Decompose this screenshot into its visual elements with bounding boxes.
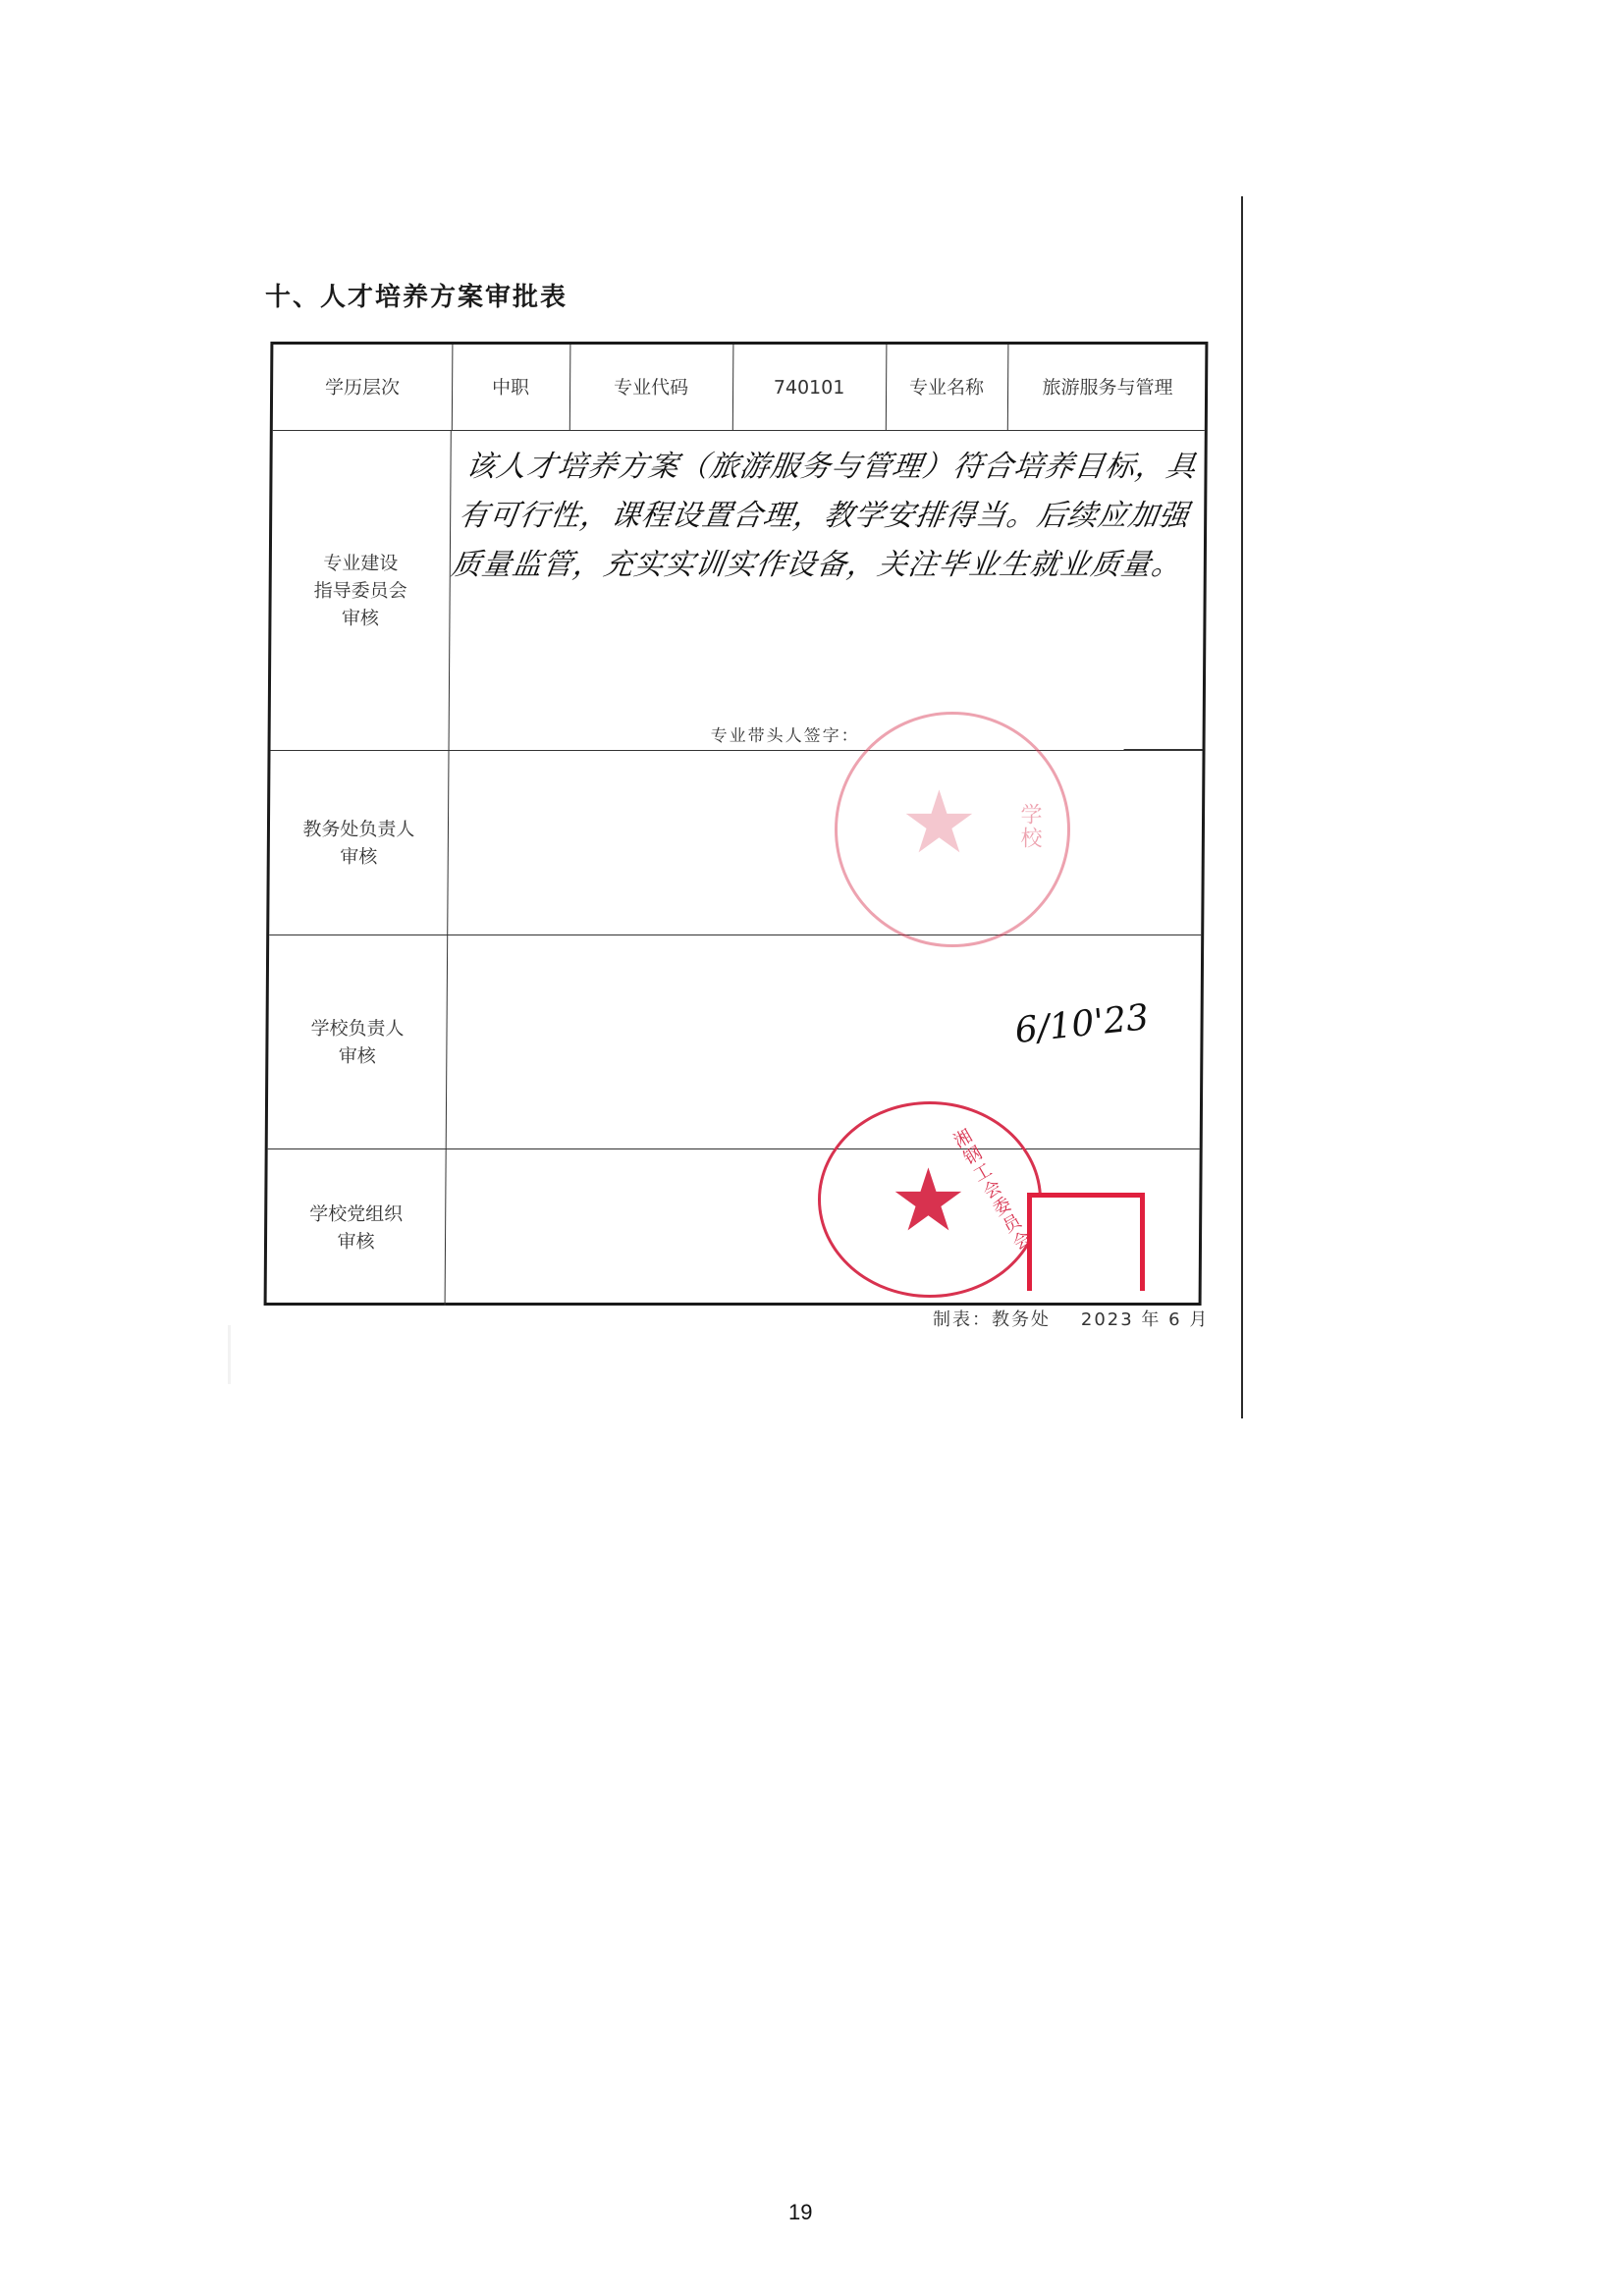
header-row: 学历层次 中职 专业代码 740101 专业名称 旅游服务与管理 xyxy=(273,345,1206,431)
section-title: 十、人才培养方案审批表 xyxy=(265,277,568,313)
page-number: 19 xyxy=(788,2200,812,2225)
education-level-value: 中职 xyxy=(452,345,570,430)
school-leader-review-label: 学校负责人 审核 xyxy=(268,935,449,1148)
handwritten-date: 6/10'23 xyxy=(1013,997,1151,1051)
signature-underline xyxy=(1124,749,1203,750)
scan-edge-shadow xyxy=(228,1325,231,1384)
school-leader-review-row: 学校负责人 审核 6/10'23 xyxy=(268,935,1202,1149)
major-code-value: 740101 xyxy=(732,345,887,430)
party-org-review-label: 学校党组织 审核 xyxy=(267,1149,447,1306)
form-date: 2023 年 6 月 xyxy=(1081,1309,1209,1330)
committee-review-label: 专业建设 指导委员会 审核 xyxy=(271,431,452,750)
prepared-by: 制表：教务处 xyxy=(933,1309,1051,1330)
committee-handwritten-comment: 该人才培养方案（旅游服务与管理）符合培养目标，具有可行性，课程设置合理，教学安排… xyxy=(448,443,1205,590)
lead-signature-label: 专业带头人签字： xyxy=(711,721,860,746)
committee-review-row: 专业建设 指导委员会 审核 该人才培养方案（旅游服务与管理）符合培养目标，具有可… xyxy=(271,431,1205,751)
education-level-label: 学历层次 xyxy=(273,345,453,430)
upper-official-stamp: ★ 学校 xyxy=(835,712,1070,947)
lower-official-stamp: ★ 湘钢工会委员会 xyxy=(818,1101,1042,1298)
major-name-value: 旅游服务与管理 xyxy=(1007,345,1209,430)
form-footer: 制表：教务处 2023 年 6 月 xyxy=(933,1306,1209,1331)
star-icon: ★ xyxy=(900,779,978,866)
upper-stamp-text: 学校 xyxy=(1014,803,1045,850)
personal-seal-redacted xyxy=(1027,1193,1145,1291)
major-name-label: 专业名称 xyxy=(886,345,1008,430)
major-code-label: 专业代码 xyxy=(569,345,733,430)
academic-affairs-review-label: 教务处负责人 审核 xyxy=(269,751,449,934)
scan-edge-line xyxy=(1241,196,1243,1418)
star-icon: ★ xyxy=(890,1157,967,1244)
